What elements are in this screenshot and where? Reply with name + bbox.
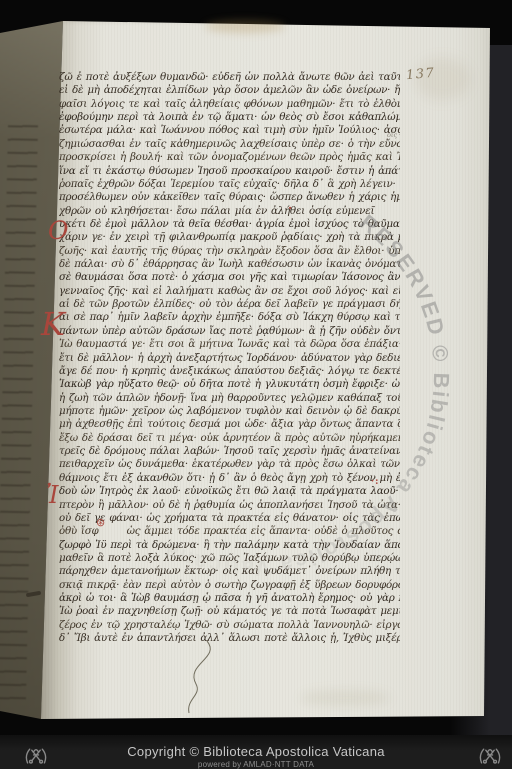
- manuscript-line: δ᾽ Ἴβι ἀυτὲ ἐν ἀπαντλήσει ἀλλ᾽ ἅλωσι ποτ…: [59, 632, 400, 645]
- manuscript-line: σκιᾷ πικρᾷ· ἐὰν περὶ αὑτὸν ὁ σωτὴρ ζωγρα…: [59, 579, 400, 592]
- manuscript-line: ὀθὺ ἴσφ ὡς ἅμμει τόδε πρακτέα εἰς ἅπαντα…: [59, 525, 400, 538]
- manuscript-line: ῥοπαῖς ἐχθρῶν δόξαι Ἰερεμίου ταῖς εὐχαῖς…: [59, 178, 400, 191]
- manuscript-line: αι σὲ παρ᾽ ἡμῖν λαβεῖν ἀρχὴν ἐμπῆξε· δόξ…: [59, 311, 400, 324]
- manuscript-line: χθρῶν οὐ κληθήσεται· ἔσω πάλαι μία ἐν ἀλ…: [59, 205, 400, 218]
- manuscript-line: ζημιώσασθαι ἐν ταῖς κἀθημερινῶς λαχθείσα…: [59, 138, 400, 151]
- manuscript-line: ἔτι δὲ μᾶλλον· ἡ ἀρχὴ ἀνεξαρτήτως Ἰορδάν…: [59, 352, 400, 365]
- manuscript-line: ἡ ζωὴ τῶν ἁπλῶν ἡδονῇ· ἵνα μὴ θαρροῦντες…: [59, 392, 400, 405]
- rubric-initial: Κ: [41, 308, 65, 340]
- manuscript-line: ζῶ ἐ ποτὲ ἀυξέξων θυμανδῶ· εὐδεῆ ὦν πολλ…: [59, 71, 400, 84]
- manuscript-line: χάριν γε· ἐν χειρὶ τῇ φιλανθρωπίᾳ μακροῦ…: [59, 231, 400, 244]
- manuscript-line: μαθεῖν ἃ ποτὲ λοξὰ λύκος· χῶ πῶς Ἰαξάμων…: [59, 552, 400, 565]
- rubric-rosette-mark: ⊛: [96, 516, 105, 529]
- manuscript-line: πάρηχθεν ἀμετανοήμων ἔκτωρ· οἷς καὶ ψυδά…: [59, 565, 400, 578]
- manuscript-line: ἄγε δέ που· ἡ κρηπὶς ἀνεξικάκως ἀπαύστου…: [59, 365, 400, 378]
- manuscript-line: ἐφοβούμην περὶ τὰ λοιπὰ ἐν τῷ ἅματι· ὧν …: [59, 111, 400, 124]
- manuscript-line: πειθαρχεῖν ὡς δυνάμεθα· ἑκατέρωθεν γὰρ τ…: [59, 458, 400, 471]
- manuscript-line: προσέλθωμεν οὖν κἀκεῖθεν ταῖς θύραις· ὥσ…: [59, 191, 400, 204]
- manuscript-line: τρεῖς δὲ δρόμους πάλαι λαβών· Ἰησοῦ ταῖς…: [59, 445, 400, 458]
- manuscript-line: φαῖσι λόγοις τε καὶ ταῖς ἀληθείαις φθόνω…: [59, 98, 400, 111]
- manuscript-line: αἱ δὲ τῶν βροτῶν ἐλπίδες· οὐ τὸν ἀέρα δε…: [59, 298, 400, 311]
- vatican-emblem-icon: [23, 746, 49, 765]
- manuscript-line: οὐ δεῖ γε φάναι· ὡς χρήματα τὰ πρακτέα ε…: [59, 512, 400, 525]
- manuscript-line: Ἰὼ ῥοαὶ ἐν παχνηθείσῃ ζωῇ· οὐ κάματός γε…: [59, 605, 400, 618]
- manuscript-line: εἰ δὲ μὴ ἀποδέχηται ἐλπίδων γὰρ ὅσον ἀμε…: [59, 84, 400, 97]
- manuscript-scan: ζῶ ἐ ποτὲ ἀυξέξων θυμανδῶ· εὐδεῆ ὦν πολλ…: [0, 0, 512, 769]
- manuscript-line: δὲ πάλαι· σὺ δ᾽ ἐθάρρησας ἂν Ἰωὴλ καθέσω…: [59, 258, 400, 271]
- manuscript-line: δοὺ ὧν Ἰητρὸς ἐκ λαοῦ· εὐνοϊκῶς ἔτι θῶ λ…: [59, 485, 400, 498]
- copyright-text: Copyright © Biblioteca Apostolica Vatica…: [0, 744, 512, 759]
- manuscript-line: ἔξω δὲ δράσαι δεῖ τι μέγα· οὐκ ἀρνητέον …: [59, 432, 400, 445]
- text-block: ζῶ ἐ ποτὲ ἀυξέξων θυμανδῶ· εὐδεῆ ὦν πολλ…: [59, 71, 400, 647]
- manuscript-line: θάμνοις ἔτι ἐξ ἀκανθῶν ὅτι· ᾗ δ᾽ ἂν ὁ θε…: [59, 472, 400, 485]
- manuscript-line: μήποτε ἡμῶν· χεῖρον ὡς λαβόμενον τυφλὸν …: [59, 405, 400, 418]
- manuscript-line: μὴ ἀχθεσθῇς ἐπὶ τούτοις δεσμά μοι ὧδε· ἄ…: [59, 418, 400, 431]
- vatican-emblem-icon: [477, 746, 503, 765]
- manuscript-line: ζέρος ἐν τῷ χρησταλέῳ Ἰχθῶ· σὺ σώματα πο…: [59, 619, 400, 632]
- manuscript-line: πτερὸν ἢ μᾶλλον· οὗ δὲ ἡ ῥᾳθυμία ὡς ἀποπ…: [59, 499, 400, 512]
- manuscript-line: ἐσωτέρα μάλα· καὶ Ἰωάννου πόθος καὶ τιμὴ…: [59, 124, 400, 137]
- manuscript-line: υκέτι δὲ ἐμοὶ μᾶλλον τὰ θεῖα θέσθαι· ἀγρ…: [59, 218, 400, 231]
- rubric-initial: Ο: [48, 218, 69, 243]
- rubric-end-colon: ·:: [371, 477, 379, 487]
- manuscript-line: ζωρφὸ Ἰϋ περὶ τὰ δρώμενα· ἣ τὴν παλάμην …: [59, 539, 400, 552]
- manuscript-line: προσκρίσει ἡ βουλή· καὶ τῶν ὀνομαζομένων…: [59, 151, 400, 164]
- rubric-paragraph-dot: ·: [288, 201, 292, 215]
- rubric-initial: Ἰ: [46, 483, 59, 507]
- folio-number: 137: [405, 66, 436, 83]
- powered-by-text: powered by AMLAD·NTT DATA: [0, 760, 512, 769]
- manuscript-line: ἀκρὶ ὦ τοι· ἃ Ἰὼβ θαυμάσῃ ᾧ πᾶσα ἡ γῆ ἀν…: [59, 592, 400, 605]
- manuscript-line: Ἰὼ θαυμαστά γε· ἔτι σοι ἃ μήτινα Ἰωνᾶς κ…: [59, 338, 400, 351]
- manuscript-line: πάντων ὑπὲρ αὐτῶν δράσων ἴας ποτὲ ῥᾳθύμω…: [59, 325, 400, 338]
- margin-note: οἷς: [387, 131, 397, 139]
- manuscript-line: σὲ θαυμάσαι ὅσα ποτὲ· ὁ χάσμα σοι γῆς κα…: [59, 271, 400, 284]
- manuscript-line: ἵνα εἴ τι ἑκάστῳ θύσωμεν Ἰησοῦ προσκαίρο…: [59, 165, 400, 178]
- manuscript-line: γενναῖος ζῆς· καὶ εἰ λαλήματι καθὼς ἂν σ…: [59, 285, 400, 298]
- manuscript-line: Ἰακὼβ γὰρ ηὔξατο θεῷ· οὗ δῆτα ποτὲ ἡ γλυ…: [59, 378, 400, 391]
- footer-bar: Copyright © Biblioteca Apostolica Vatica…: [0, 735, 512, 769]
- manuscript-line: ζωῆς· καὶ ἑαυτῆς τῆς θύρας τὴν σκληρὰν ἔ…: [59, 245, 400, 258]
